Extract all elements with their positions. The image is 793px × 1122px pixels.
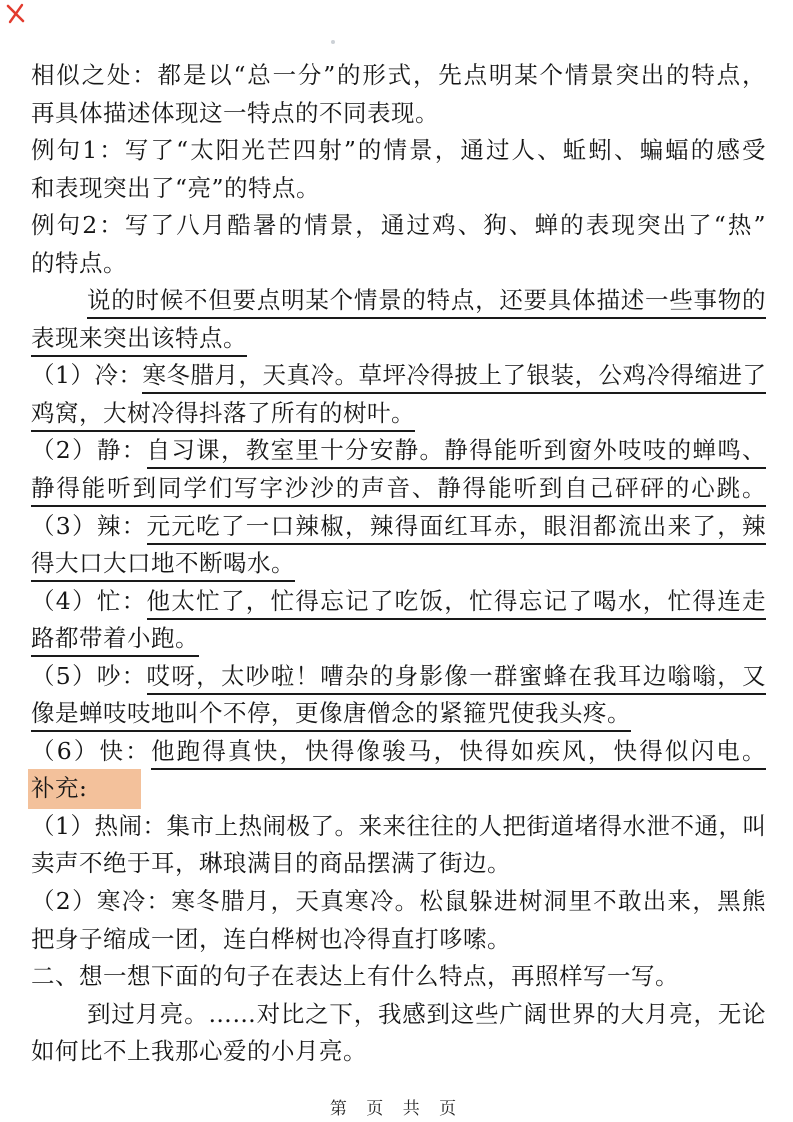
text-segment: 的特点。 [31, 249, 127, 277]
text-segment: （6）快： [31, 737, 151, 765]
text-segment: （4）忙： [31, 587, 147, 615]
text-segment: （1）热闹：集市上热闹极了。来来往往的人把街道堵得水泄不通，叫 [31, 812, 766, 840]
text-line: （5）吵：哎呀，太吵啦！嘈杂的身影像一群蜜蜂在我耳边嗡嗡，又 [31, 658, 766, 696]
text-line: 卖声不绝于耳，琳琅满目的商品摆满了街边。 [31, 845, 766, 883]
underlined-text: 他太忙了，忙得忘记了吃饭，忙得忘记了喝水，忙得连走 [147, 587, 767, 620]
text-line: （3）辣：元元吃了一口辣椒，辣得面红耳赤，眼泪都流出来了，辣 [31, 508, 766, 546]
red-check-mark-icon [5, 2, 27, 24]
text-segment: 和表现突出了“亮”的特点。 [31, 174, 320, 202]
text-line: 静得能听到同学们写字沙沙的声音、静得能听到自己砰砰的心跳。 [31, 470, 766, 508]
underlined-text: 路都带着小跑。 [31, 624, 199, 657]
text-line: 例句1：写了“太阳光芒四射”的情景，通过人、蚯蚓、蝙蝠的感受 [31, 132, 766, 170]
text-segment: 再具体描述体现这一特点的不同表现。 [31, 99, 439, 127]
text-line: 补充: [31, 770, 766, 808]
text-line: （1）冷：寒冬腊月，天真冷。草坪冷得披上了银装，公鸡冷得缩进了 [31, 357, 766, 395]
text-line: （4）忙：他太忙了，忙得忘记了吃饭，忙得忘记了喝水，忙得连走 [31, 583, 766, 621]
text-segment: （5）吵： [31, 662, 147, 690]
text-segment: 相似之处：都是以“总一分”的形式，先点明某个情景突出的特点， [31, 61, 766, 89]
text-line: 例句2：写了八月酷暑的情景，通过鸡、狗、蝉的表现突出了“热” [31, 207, 766, 245]
text-line: 到过月亮。……对比之下，我感到这些广阔世界的大月亮，无论 [31, 996, 766, 1034]
text-line: 如何比不上我那心爱的小月亮。 [31, 1033, 766, 1071]
text-segment: 如何比不上我那心爱的小月亮。 [31, 1037, 367, 1065]
text-line: 相似之处：都是以“总一分”的形式，先点明某个情景突出的特点， [31, 57, 766, 95]
text-line: 把身子缩成一团，连白桦树也冷得直打哆嗦。 [31, 921, 766, 959]
text-line: 和表现突出了“亮”的特点。 [31, 170, 766, 208]
text-segment: 把身子缩成一团，连白桦树也冷得直打哆嗦。 [31, 925, 511, 953]
text-line: 路都带着小跑。 [31, 620, 766, 658]
underlined-text: 元元吃了一口辣椒，辣得面红耳赤，眼泪都流出来了，辣 [147, 512, 767, 545]
text-segment: （2）静： [31, 436, 147, 464]
text-line: （2）静：自习课，教室里十分安静。静得能听到窗外吱吱的蝉鸣、 [31, 432, 766, 470]
text-line: 二、想一想下面的句子在表达上有什么特点，再照样写一写。 [31, 958, 766, 996]
text-segment: （3）辣： [31, 512, 147, 540]
text-line: 的特点。 [31, 245, 766, 283]
text-line: （2）寒冷：寒冬腊月，天真寒冷。松鼠躲进树洞里不敢出来，黑熊 [31, 883, 766, 921]
text-segment: 例句2：写了八月酷暑的情景，通过鸡、狗、蝉的表现突出了“热” [31, 211, 766, 239]
document-body: 相似之处：都是以“总一分”的形式，先点明某个情景突出的特点，再具体描述体现这一特… [31, 57, 766, 1071]
highlight-label: 补充: [28, 769, 141, 809]
text-segment: （2）寒冷：寒冬腊月，天真寒冷。松鼠躲进树洞里不敢出来，黑熊 [31, 887, 766, 915]
text-line: 再具体描述体现这一特点的不同表现。 [31, 95, 766, 133]
text-line: 说的时候不但要点明某个情景的特点，还要具体描述一些事物的 [31, 282, 766, 320]
text-segment: 到过月亮。……对比之下，我感到这些广阔世界的大月亮，无论 [87, 1000, 766, 1028]
text-segment: 例句1：写了“太阳光芒四射”的情景，通过人、蚯蚓、蝙蝠的感受 [31, 136, 766, 164]
text-line: 得大口大口地不断喝水。 [31, 545, 766, 583]
worksheet-page: { "page": { "background": "#ffffff", "te… [0, 0, 793, 1122]
page-footer: 第 页 共 页 [0, 1094, 793, 1119]
text-line: （6）快：他跑得真快，快得像骏马，快得如疾风，快得似闪电。 [31, 733, 766, 771]
text-line: 表现来突出该特点。 [31, 320, 766, 358]
underlined-text: 静得能听到同学们写字沙沙的声音、静得能听到自己砰砰的心跳。 [31, 474, 766, 507]
text-line: 像是蝉吱吱地叫个不停，更像唐僧念的紧箍咒使我头疼。 [31, 695, 766, 733]
underlined-text: 表现来突出该特点。 [31, 324, 247, 357]
text-segment: 二、想一想下面的句子在表达上有什么特点，再照样写一写。 [31, 962, 679, 990]
text-segment: （1）冷： [31, 361, 142, 389]
text-segment: 卖声不绝于耳，琳琅满目的商品摆满了街边。 [31, 849, 511, 877]
underlined-text: 说的时候不但要点明某个情景的特点，还要具体描述一些事物的 [87, 286, 766, 319]
underlined-text: 哎呀，太吵啦！嘈杂的身影像一群蜜蜂在我耳边嗡嗡，又 [147, 662, 767, 695]
scan-speck [331, 40, 335, 44]
text-line: 鸡窝，大树冷得抖落了所有的树叶。 [31, 395, 766, 433]
underlined-text: 像是蝉吱吱地叫个不停，更像唐僧念的紧箍咒使我头疼。 [31, 699, 631, 732]
underlined-text: 鸡窝，大树冷得抖落了所有的树叶。 [31, 399, 415, 432]
underlined-text: 得大口大口地不断喝水。 [31, 549, 295, 582]
underlined-text: 寒冬腊月，天真冷。草坪冷得披上了银装，公鸡冷得缩进了 [142, 361, 766, 394]
underlined-text: 他跑得真快，快得像骏马，快得如疾风，快得似闪电。 [151, 737, 766, 770]
underlined-text: 自习课，教室里十分安静。静得能听到窗外吱吱的蝉鸣、 [147, 436, 767, 469]
text-line: （1）热闹：集市上热闹极了。来来往往的人把街道堵得水泄不通，叫 [31, 808, 766, 846]
